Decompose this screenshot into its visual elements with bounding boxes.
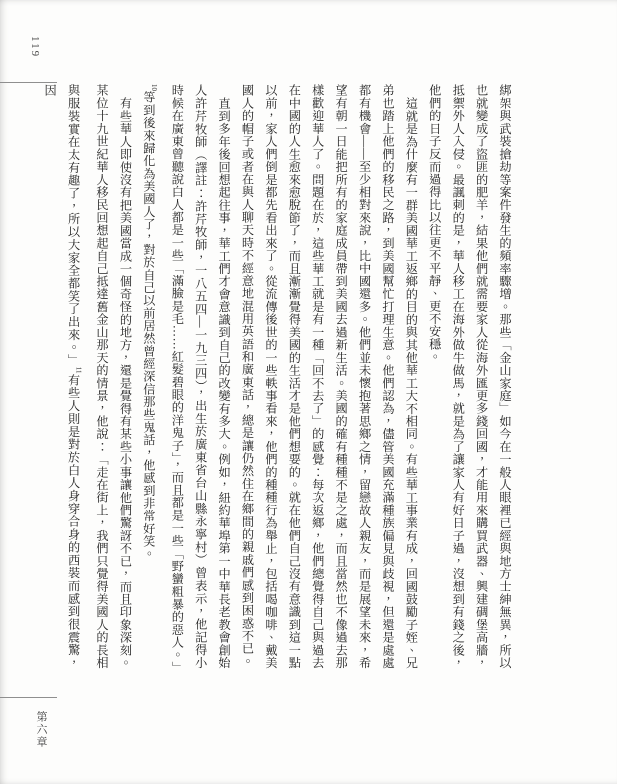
footnote-marker: 10 bbox=[150, 84, 158, 91]
paragraph-text: 等到後來歸化為美國人了，對於自己以前居然曾經深信那些鬼話，他感到非常好笑。 bbox=[142, 91, 156, 560]
chapter-label: 第六章 bbox=[33, 711, 49, 749]
paragraph: 有些華人即使沒有把美國當成一個奇怪的地方，還是覺得有某些小事讓他們驚訝不已，而且… bbox=[38, 84, 137, 669]
paragraph: 這就是為什麼有一群美國華工返鄉的目的與其他華工大不相同。有些華工事業有成，回國鼓… bbox=[235, 84, 422, 669]
paragraph-text: 直到多年後回想起往事，華工們才會意識到自己的改變有多大。例如，紐約華埠第一中華長… bbox=[170, 84, 231, 674]
footer-rule-divider bbox=[0, 697, 57, 698]
book-page: 119 綁架與武裝搶劫等案件發生的頻率驟增。那些「金山家庭」如今在一般人眼裡已經… bbox=[0, 0, 617, 784]
paragraph: 直到多年後回想起往事，華工們才會意識到自己的改變有多大。例如，紐約華埠第一中華長… bbox=[136, 84, 235, 669]
paragraph-continuation: 綁架與武裝搶劫等案件發生的頻率驟增。那些「金山家庭」如今在一般人眼裡已經與地方士… bbox=[422, 84, 516, 669]
header-rule-divider bbox=[0, 82, 57, 83]
body-text: 綁架與武裝搶劫等案件發生的頻率驟增。那些「金山家庭」如今在一般人眼裡已經與地方士… bbox=[38, 84, 516, 669]
page-number: 119 bbox=[29, 36, 41, 58]
